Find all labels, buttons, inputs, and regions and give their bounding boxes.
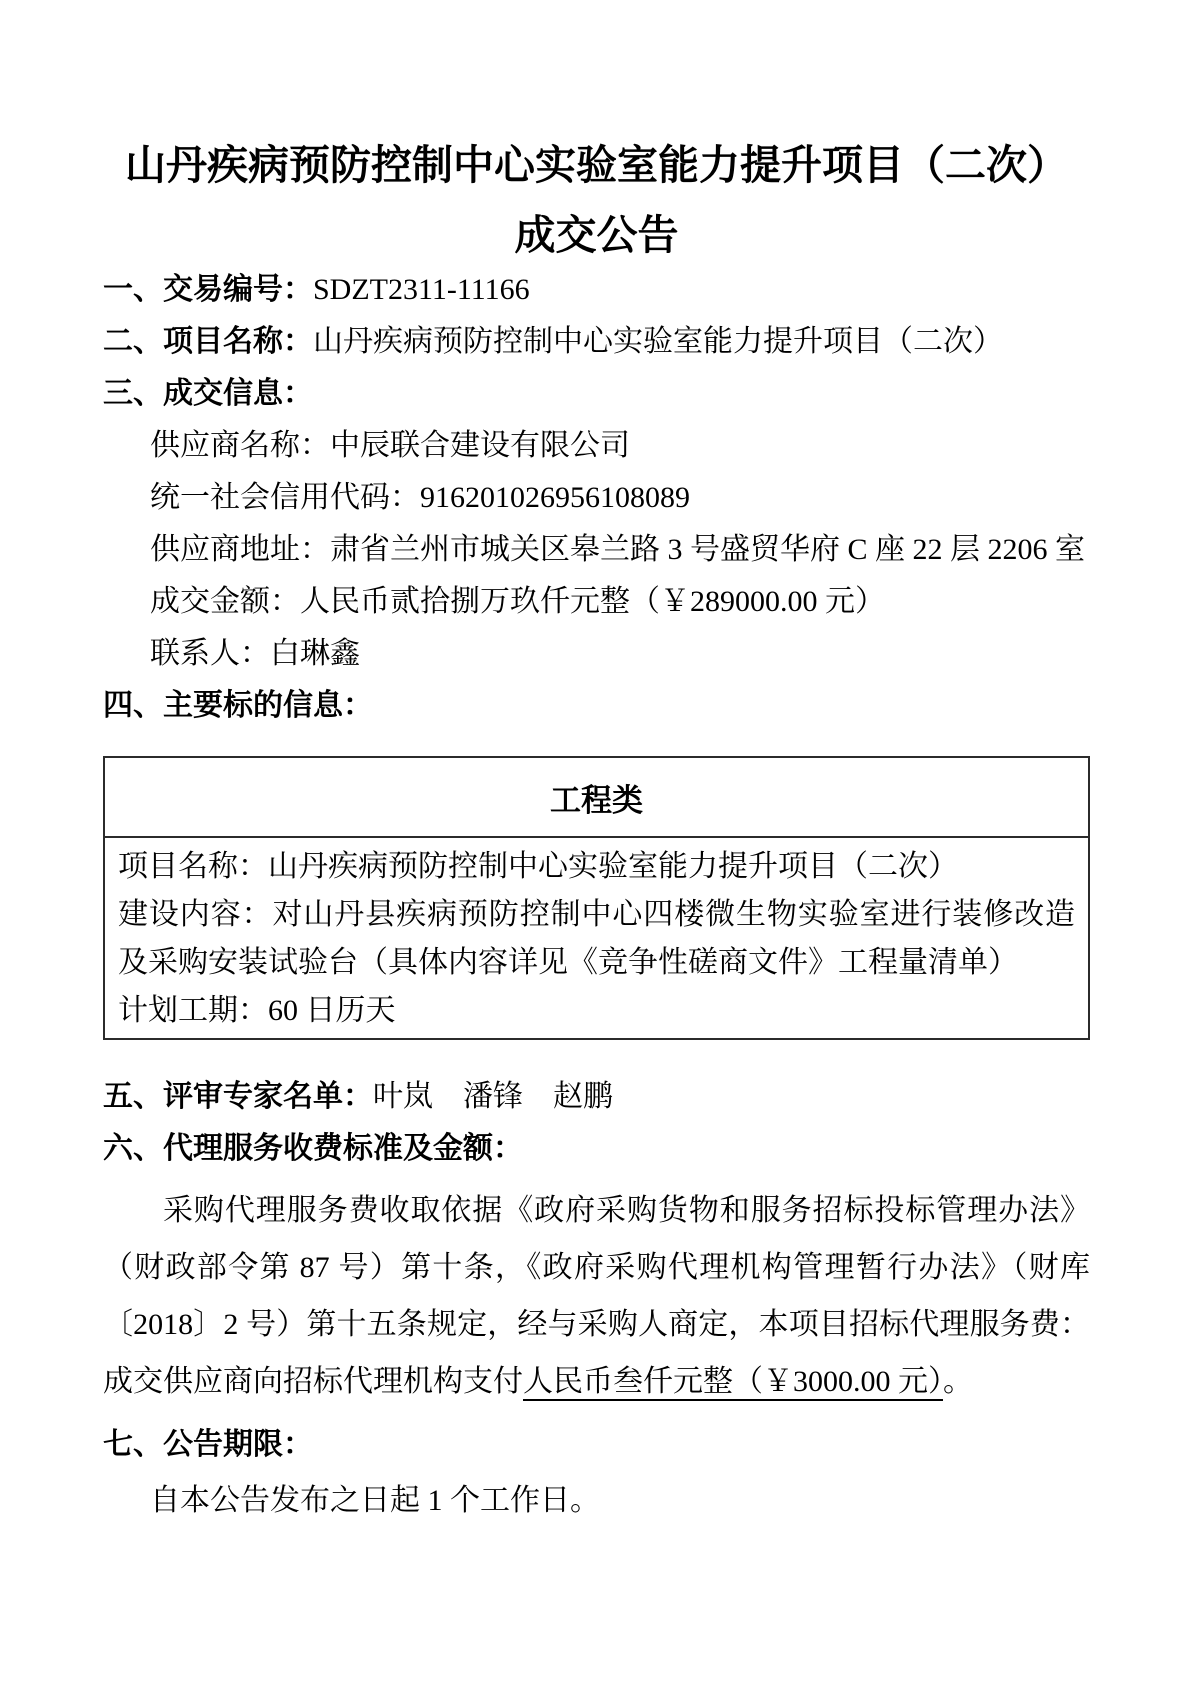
contact-person-line: 联系人：白琳鑫 [103, 628, 1090, 680]
section-award-info-heading: 三、成交信息： [103, 368, 1090, 420]
experts-label: 五、评审专家名单： [103, 1080, 373, 1113]
announcement-period-value: 自本公告发布之日起 1 个工作日。 [103, 1475, 1090, 1527]
section-subject-info-heading: 四、主要标的信息： [103, 680, 1090, 732]
agency-fee-period: 。 [943, 1365, 973, 1398]
document-title-line1: 山丹疾病预防控制中心实验室能力提升项目（二次） [103, 140, 1090, 190]
transaction-number-value: SDZT2311-11166 [313, 273, 530, 306]
table-project-name: 项目名称：山丹疾病预防控制中心实验室能力提升项目（二次） [118, 843, 1075, 891]
award-amount-line: 成交金额：人民币贰拾捌万玖仟元整（￥289000.00 元） [103, 576, 1090, 628]
document-page: 山丹疾病预防控制中心实验室能力提升项目（二次） 成交公告 一、交易编号：SDZT… [0, 0, 1191, 1684]
agency-fee-label: 六、代理服务收费标准及金额： [103, 1132, 523, 1165]
subject-info-label: 四、主要标的信息： [103, 689, 373, 722]
transaction-number-label: 一、交易编号： [103, 273, 313, 306]
table-planned-duration: 计划工期：60 日历天 [118, 987, 1075, 1035]
section-project-name: 二、项目名称：山丹疾病预防控制中心实验室能力提升项目（二次） [103, 316, 1090, 368]
project-name-label: 二、项目名称： [103, 325, 313, 358]
table-body-row: 项目名称：山丹疾病预防控制中心实验室能力提升项目（二次） 建设内容：对山丹县疾病… [104, 837, 1089, 1039]
experts-names: 叶岚 潘锋 赵鹏 [373, 1080, 613, 1113]
document-title-line2: 成交公告 [103, 210, 1090, 260]
section-agency-fee-heading: 六、代理服务收费标准及金额： [103, 1123, 1090, 1175]
agency-fee-paragraph: 采购代理服务费收取依据《政府采购货物和服务招标投标管理办法》（财政部令第 87 … [103, 1182, 1090, 1410]
section-transaction-number: 一、交易编号：SDZT2311-11166 [103, 264, 1090, 316]
table-construction-content: 建设内容：对山丹县疾病预防控制中心四楼微生物实验室进行装修改造及采购安装试验台（… [118, 891, 1075, 987]
section-experts-heading: 五、评审专家名单：叶岚 潘锋 赵鹏 [103, 1071, 1090, 1123]
project-name-value: 山丹疾病预防控制中心实验室能力提升项目（二次） [313, 325, 1003, 358]
announcement-period-label: 七、公告期限： [103, 1428, 313, 1461]
table-header-row: 工程类 [104, 757, 1089, 837]
agency-fee-amount-underlined: 人民币叁仟元整（￥3000.00 元） [523, 1365, 943, 1401]
table-category-header: 工程类 [104, 757, 1089, 837]
section-announcement-period-heading: 七、公告期限： [103, 1419, 1090, 1471]
table-body-cell: 项目名称：山丹疾病预防控制中心实验室能力提升项目（二次） 建设内容：对山丹县疾病… [104, 837, 1089, 1039]
credit-code-line: 统一社会信用代码：916201026956108089 [103, 472, 1090, 524]
subject-info-table: 工程类 项目名称：山丹疾病预防控制中心实验室能力提升项目（二次） 建设内容：对山… [103, 756, 1090, 1040]
supplier-name-line: 供应商名称：中辰联合建设有限公司 [103, 420, 1090, 472]
supplier-address-line: 供应商地址：肃省兰州市城关区皋兰路 3 号盛贸华府 C 座 22 层 2206 … [103, 524, 1090, 576]
award-info-label: 三、成交信息： [103, 377, 313, 410]
